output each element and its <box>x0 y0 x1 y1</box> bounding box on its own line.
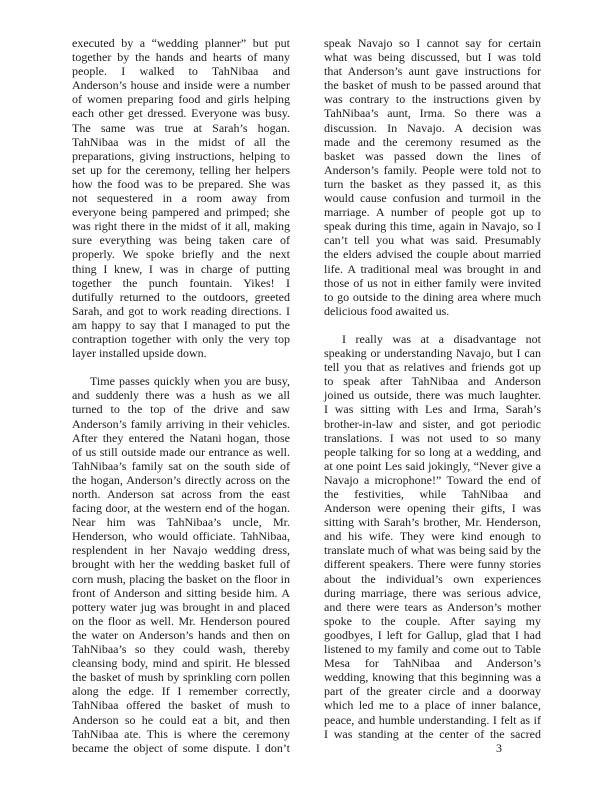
text-line: thing I knew, I was in charge of putting <box>72 262 290 276</box>
text-line: the basket of mush by sprinkling corn po… <box>72 670 290 684</box>
text-line: contraption together with only the very … <box>72 332 290 346</box>
text-line: Mesa for TahNibaa and Anderson’s <box>324 656 541 670</box>
text-line: basket was passed down the lines of <box>324 149 541 163</box>
paragraph-gap <box>72 360 290 374</box>
left-column: executed by a “wedding planner” but putt… <box>72 36 290 755</box>
text-line: I really was at a disadvantage not <box>324 332 541 346</box>
text-line: am happy to say that I managed to put th… <box>72 318 290 332</box>
text-line: translations. I was not used to so many <box>324 431 541 445</box>
paragraph-gap <box>324 318 541 332</box>
text-line: turned to the top of the drive and saw <box>72 402 290 416</box>
text-line: TahNibaa’s so they could wash, thereby <box>72 642 290 656</box>
text-line: part of the greater circle and a doorway <box>324 684 541 698</box>
text-line: After they entered the Natani hogan, tho… <box>72 431 290 445</box>
text-line: sure everything was being taken care of <box>72 233 290 247</box>
text-line: became the object of some dispute. I don… <box>72 741 290 755</box>
text-line: about the individual’s own experiences <box>324 572 541 586</box>
text-line: each other get dressed. Everyone was bus… <box>72 106 290 120</box>
text-line: those of us not in either family were in… <box>324 276 541 290</box>
text-line: life. A traditional meal was brought in … <box>324 262 541 276</box>
text-line: The same was true at Sarah’s hogan. <box>72 121 290 135</box>
text-line: the festivities, while TahNibaa and <box>324 487 541 501</box>
text-line: people. I walked to TahNibaa and <box>72 64 290 78</box>
text-line: that Anderson’s aunt gave instructions f… <box>324 64 541 78</box>
text-line: corn mush, placing the basket on the flo… <box>72 572 290 586</box>
text-line: on the floor as well. Mr. Henderson pour… <box>72 614 290 628</box>
paragraph-basket-dispute: speak Navajo so I cannot say for certain… <box>324 36 541 318</box>
text-line: layer installed upside down. <box>72 346 290 360</box>
text-line: at one point Les said jokingly, “Never g… <box>324 459 541 473</box>
text-line: to speak after TahNibaa and Anderson <box>324 374 541 388</box>
text-line: TahNibaa was in the midst of all the <box>72 135 290 149</box>
text-line: was right there in the midst of it all, … <box>72 219 290 233</box>
text-line: everyone being pampered and primped; she <box>72 205 290 219</box>
text-line: Anderson’s family. People were told not … <box>324 163 541 177</box>
text-line: during marriage, there was serious advic… <box>324 586 541 600</box>
text-line: of us still outside made our entrance as… <box>72 445 290 459</box>
text-line: was contrary to the instructions given b… <box>324 92 541 106</box>
text-line: TahNibaa ate. This is where the ceremony <box>72 727 290 741</box>
text-line: set up for the ceremony, telling her hel… <box>72 163 290 177</box>
text-line: north. Anderson sat across from the east <box>72 487 290 501</box>
text-line: resplendent in her Navajo wedding dress, <box>72 543 290 557</box>
text-line: executed by a “wedding planner” but put <box>72 36 290 50</box>
text-line: Anderson’s family arriving in their vehi… <box>72 417 290 431</box>
paragraph-ceremony: Time passes quickly when you are busy,an… <box>72 374 290 755</box>
text-line: and there were tears as Anderson’s mothe… <box>324 600 541 614</box>
text-line: marriage. A number of people got up to <box>324 205 541 219</box>
text-line: peace, and humble understanding. I felt … <box>324 713 541 727</box>
text-line: can’t tell you what was said. Presumably <box>324 233 541 247</box>
text-line: not sequestered in a room away from <box>72 191 290 205</box>
text-line: would cause confusion and turmoil in the <box>324 191 541 205</box>
text-line: pottery water jug was brought in and pla… <box>72 600 290 614</box>
text-line: speak during this time, again in Navajo,… <box>324 219 541 233</box>
text-line: listened to my family and come out to Ta… <box>324 642 541 656</box>
text-line: brought with her the wedding basket full… <box>72 557 290 571</box>
text-line: dutifully returned to the outdoors, gree… <box>72 290 290 304</box>
text-line: which led me to a place of inner balance… <box>324 698 541 712</box>
text-line: different speakers. There were funny sto… <box>324 557 541 571</box>
text-line: made and the ceremony resumed as the <box>324 135 541 149</box>
text-line: tell you that as relatives and friends g… <box>324 360 541 374</box>
text-line: speaking or understanding Navajo, but I … <box>324 346 541 360</box>
text-line: speak Navajo so I cannot say for certain <box>324 36 541 50</box>
text-line: the basket of mush to be passed around t… <box>324 78 541 92</box>
text-line: delicious food awaited us. <box>324 304 541 318</box>
text-line: Navajo a microphone!” Toward the end of <box>324 473 541 487</box>
text-line: together the punch fountain. Yikes! I <box>72 276 290 290</box>
text-line: properly. We spoke briefly and the next <box>72 247 290 261</box>
text-line: brother-in-law and sister, and got perio… <box>324 417 541 431</box>
text-line: Sarah, and got to work reading direction… <box>72 304 290 318</box>
text-line: front of Anderson and sitting beside him… <box>72 586 290 600</box>
text-line: what was being discussed, but I was told <box>324 50 541 64</box>
text-line: I was sitting with Les and Irma, Sarah’s <box>324 402 541 416</box>
text-line: Time passes quickly when you are busy, <box>72 374 290 388</box>
text-line: the elders advised the couple about marr… <box>324 247 541 261</box>
text-line: turn the basket as they passed it, as th… <box>324 177 541 191</box>
text-line: how the food was to be prepared. She was <box>72 177 290 191</box>
text-line: and his wife. They were kind enough to <box>324 529 541 543</box>
text-line: and suddenly there was a hush as we all <box>72 388 290 402</box>
text-line: together by the hands and hearts of many <box>72 50 290 64</box>
text-line: Anderson’s house and inside were a numbe… <box>72 78 290 92</box>
text-line: TahNibaa offered the basket of mush to <box>72 698 290 712</box>
text-line: discussion. In Navajo. A decision was <box>324 121 541 135</box>
right-column: speak Navajo so I cannot say for certain… <box>324 36 541 741</box>
page-number: 3 <box>496 741 502 756</box>
text-line: preparations, giving instructions, helpi… <box>72 149 290 163</box>
text-line: spoke to the couple. After saying my <box>324 614 541 628</box>
text-line: people talking for so long at a wedding,… <box>324 445 541 459</box>
text-line: the water on Anderson’s hands and then o… <box>72 628 290 642</box>
paragraph-wedding-preparations: executed by a “wedding planner” but putt… <box>72 36 290 360</box>
text-line: Anderson were opening their gifts, I was <box>324 501 541 515</box>
text-line: Anderson so he could eat a bit, and then <box>72 713 290 727</box>
text-line: translate much of what was being said by… <box>324 543 541 557</box>
text-line: TahNibaa’s family sat on the south side … <box>72 459 290 473</box>
paragraph-celebration: I really was at a disadvantage notspeaki… <box>324 332 541 741</box>
text-line: I was standing at the center of the sacr… <box>324 727 541 741</box>
text-line: to go outside to the dining area where m… <box>324 290 541 304</box>
text-line: facing door, at the western end of the h… <box>72 501 290 515</box>
document-page: executed by a “wedding planner” but putt… <box>0 0 612 792</box>
text-line: along the edge. If I remember correctly, <box>72 684 290 698</box>
text-line: Near him was TahNibaa’s uncle, Mr. <box>72 515 290 529</box>
text-line: TahNibaa’s aunt, Irma. So there was a <box>324 106 541 120</box>
text-line: wedding, knowing that this beginning was… <box>324 670 541 684</box>
text-line: Henderson, who would officiate. TahNibaa… <box>72 529 290 543</box>
text-line: sitting with Sarah’s brother, Mr. Hender… <box>324 515 541 529</box>
text-line: of women preparing food and girls helpin… <box>72 92 290 106</box>
text-line: cleansing body, mind and spirit. He bles… <box>72 656 290 670</box>
text-line: goodbyes, I left for Gallup, glad that I… <box>324 628 541 642</box>
text-line: the hogan, Anderson’s directly across on… <box>72 473 290 487</box>
text-line: joined us outside, there was much laught… <box>324 388 541 402</box>
